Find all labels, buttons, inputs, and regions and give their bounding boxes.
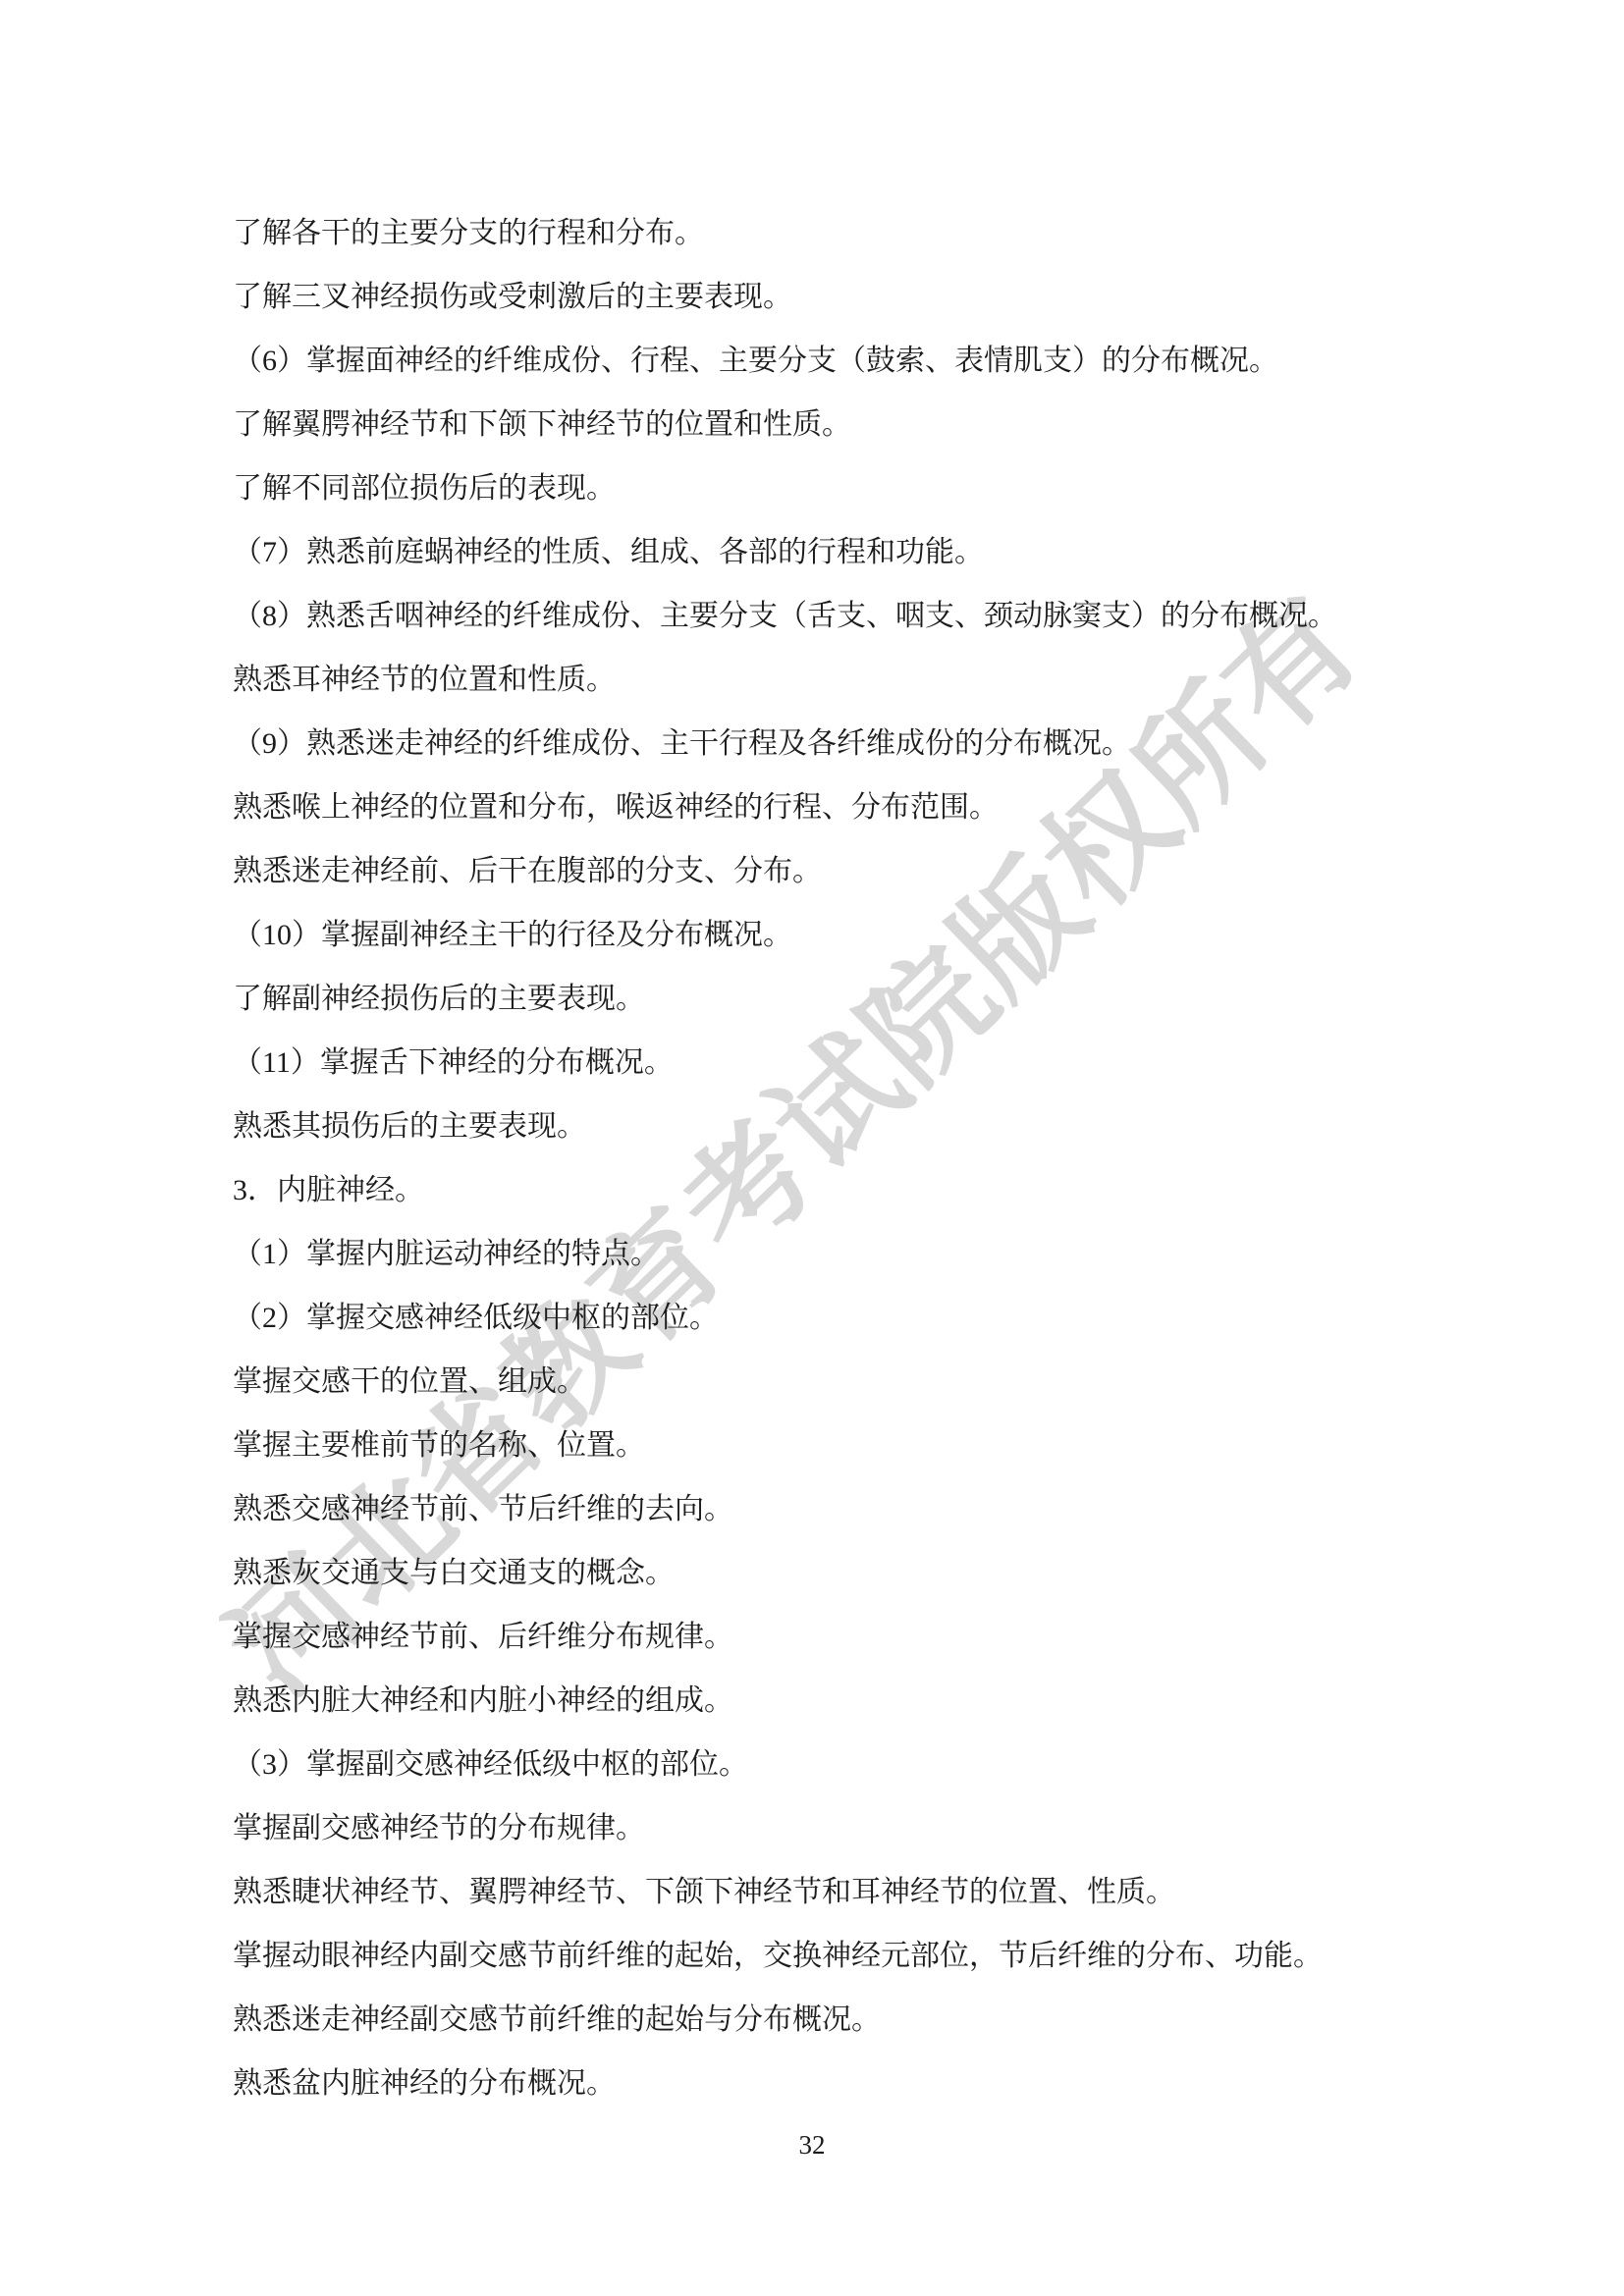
paragraph: （6）掌握面神经的纤维成份、行程、主要分支（鼓索、表情肌支）的分布概况。 bbox=[174, 329, 1565, 393]
paragraph: 熟悉盆内脏神经的分布概况。 bbox=[174, 2052, 1565, 2115]
paragraph: （1）掌握内脏运动神经的特点。 bbox=[174, 1222, 1565, 1286]
document-page: 河北省教育考试院版权所有 了解各干的主要分支的行程和分布。了解三叉神经损伤或受刺… bbox=[0, 0, 1624, 2296]
paragraph: 熟悉喉上神经的位置和分布，喉返神经的行程、分布范围。 bbox=[174, 775, 1565, 839]
paragraph: 熟悉迷走神经副交感节前纤维的起始与分布概况。 bbox=[174, 1988, 1565, 2052]
paragraph: 掌握动眼神经内副交感节前纤维的起始，交换神经元部位，节后纤维的分布、功能。 bbox=[174, 1924, 1565, 1988]
paragraph: 熟悉灰交通支与白交通支的概念。 bbox=[174, 1541, 1565, 1605]
paragraph: （3）掌握副交感神经低级中枢的部位。 bbox=[174, 1733, 1565, 1796]
paragraph: （7）熟悉前庭蜗神经的性质、组成、各部的行程和功能。 bbox=[174, 520, 1565, 584]
paragraph: 掌握交感干的位置、组成。 bbox=[174, 1350, 1565, 1414]
paragraph: 了解副神经损伤后的主要表现。 bbox=[174, 967, 1565, 1031]
paragraph: 了解不同部位损伤后的表现。 bbox=[174, 456, 1565, 520]
paragraph-list: 了解各干的主要分支的行程和分布。了解三叉神经损伤或受刺激后的主要表现。（6）掌握… bbox=[174, 201, 1565, 2115]
paragraph: 掌握副交感神经节的分布规律。 bbox=[174, 1796, 1565, 1860]
page-number: 32 bbox=[0, 2130, 1624, 2161]
paragraph: 熟悉内脏大神经和内脏小神经的组成。 bbox=[174, 1669, 1565, 1733]
paragraph: （2）掌握交感神经低级中枢的部位。 bbox=[174, 1286, 1565, 1350]
paragraph: （8）熟悉舌咽神经的纤维成份、主要分支（舌支、咽支、颈动脉窦支）的分布概况。 bbox=[174, 584, 1565, 648]
paragraph: （11）掌握舌下神经的分布概况。 bbox=[174, 1031, 1565, 1095]
paragraph: 熟悉睫状神经节、翼腭神经节、下颌下神经节和耳神经节的位置、性质。 bbox=[174, 1860, 1565, 1924]
paragraph: 熟悉其损伤后的主要表现。 bbox=[174, 1095, 1565, 1158]
paragraph: 了解翼腭神经节和下颌下神经节的位置和性质。 bbox=[174, 393, 1565, 456]
paragraph: （9）熟悉迷走神经的纤维成份、主干行程及各纤维成份的分布概况。 bbox=[174, 712, 1565, 775]
paragraph: 3．内脏神经。 bbox=[174, 1158, 1565, 1222]
paragraph: 熟悉迷走神经前、后干在腹部的分支、分布。 bbox=[174, 839, 1565, 903]
paragraph: 了解各干的主要分支的行程和分布。 bbox=[174, 201, 1565, 265]
paragraph: （10）掌握副神经主干的行径及分布概况。 bbox=[174, 903, 1565, 967]
paragraph: 掌握主要椎前节的名称、位置。 bbox=[174, 1414, 1565, 1477]
paragraph: 熟悉交感神经节前、节后纤维的去向。 bbox=[174, 1477, 1565, 1541]
paragraph: 掌握交感神经节前、后纤维分布规律。 bbox=[174, 1605, 1565, 1669]
paragraph: 了解三叉神经损伤或受刺激后的主要表现。 bbox=[174, 265, 1565, 329]
paragraph: 熟悉耳神经节的位置和性质。 bbox=[174, 648, 1565, 712]
